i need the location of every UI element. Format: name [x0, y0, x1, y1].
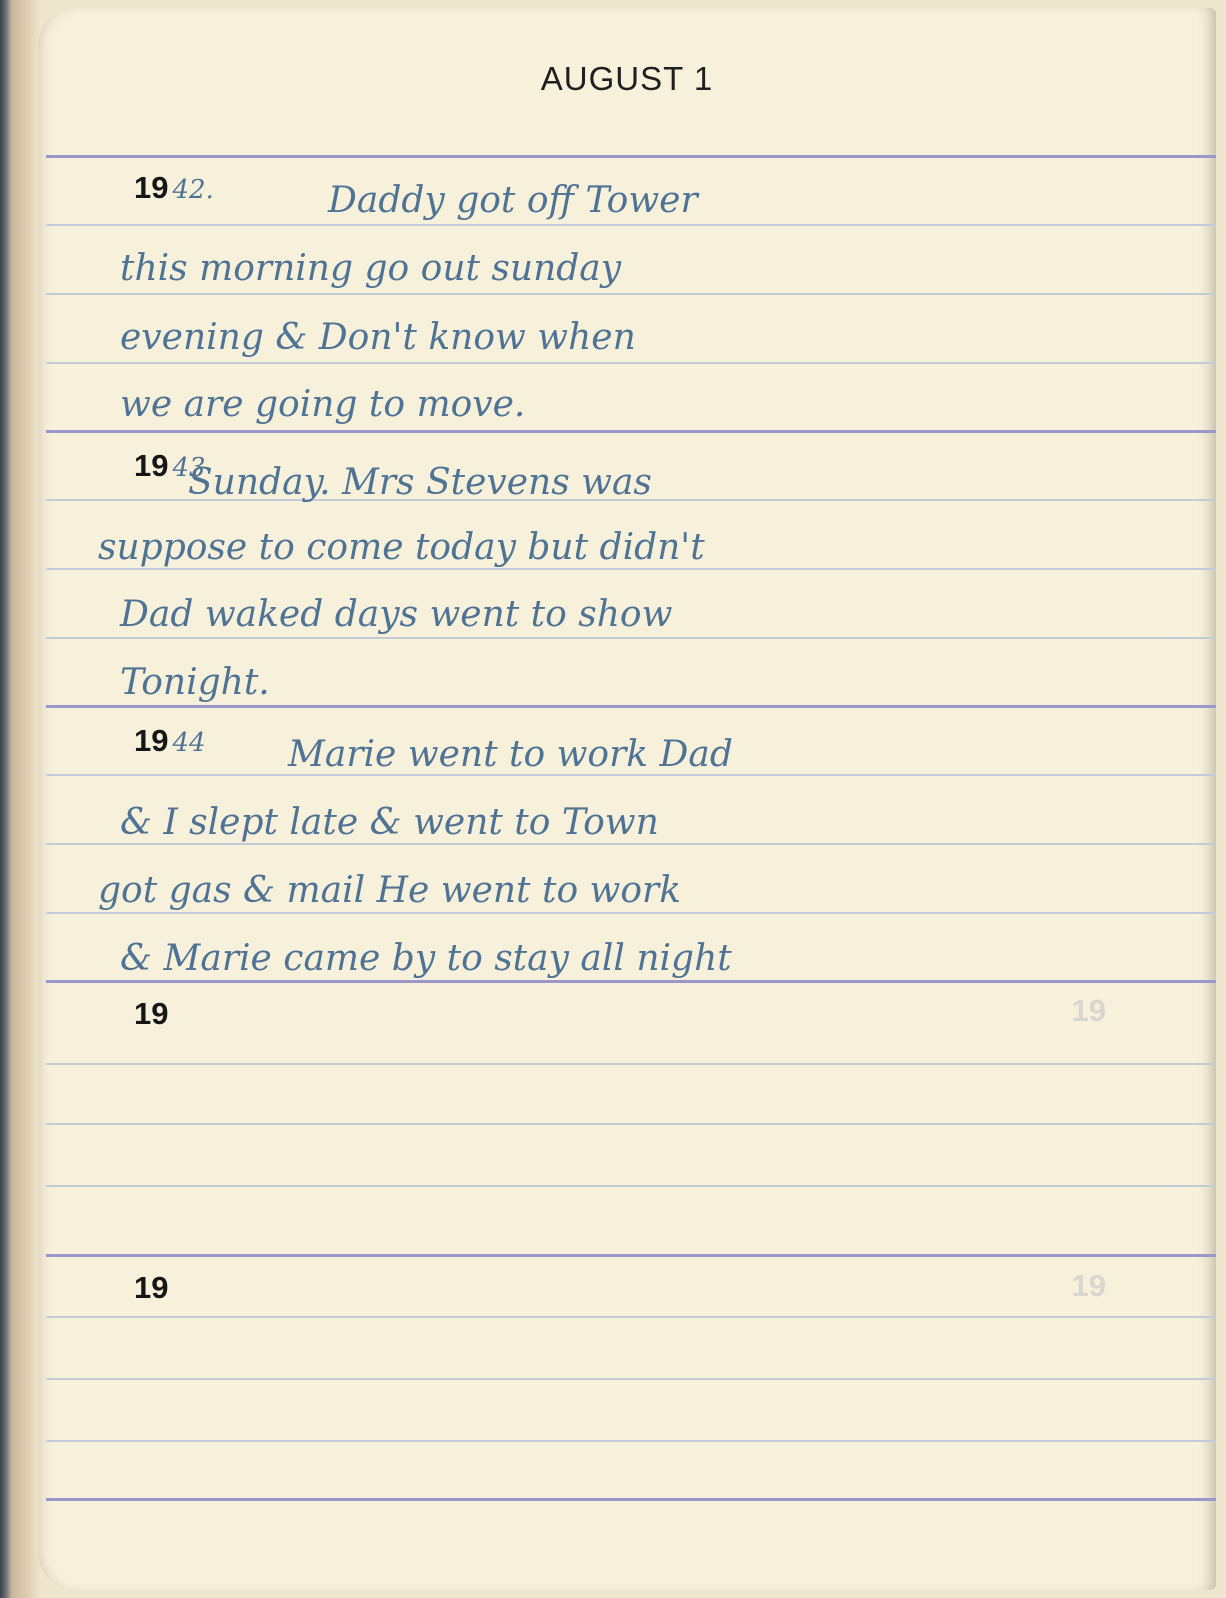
entry-line: Daddy got off Tower — [328, 166, 698, 235]
year-handwritten: 42. — [172, 175, 213, 205]
entry-year: 19 — [134, 1270, 168, 1306]
entry-year: 1944 — [134, 723, 206, 759]
section-divider — [46, 1254, 1216, 1257]
entry-line: evening & Don't know when — [120, 303, 636, 372]
entry-line: Sunday. Mrs Stevens was — [188, 448, 652, 517]
section-divider — [46, 155, 1216, 158]
entry-line: & Marie came by to stay all night — [120, 924, 732, 993]
entry-year: 1942. — [134, 170, 214, 206]
entry-line: got gas & mail He went to work — [98, 856, 681, 925]
entry-line: Tonight. — [120, 648, 270, 717]
bleed-through-year: 19 — [1072, 1268, 1106, 1304]
year-prefix: 19 — [134, 448, 168, 483]
entry-line: & I slept late & went to Town — [120, 788, 659, 857]
ruled-line — [46, 1063, 1216, 1065]
entry-line: this morning go out sunday — [120, 234, 621, 303]
ruled-line — [46, 1440, 1216, 1442]
year-prefix: 19 — [134, 170, 168, 205]
entry-line: suppose to come today but didn't — [98, 513, 705, 582]
ruled-line — [46, 1316, 1216, 1318]
bleed-through-year: 19 — [1072, 993, 1106, 1029]
ruled-line — [46, 1123, 1216, 1125]
year-prefix: 19 — [134, 723, 168, 758]
entry-line: we are going to move. — [120, 370, 525, 439]
year-prefix: 19 — [134, 1270, 168, 1305]
section-divider — [46, 1498, 1216, 1501]
ruled-line — [46, 1378, 1216, 1380]
ruled-line — [46, 1185, 1216, 1187]
entry-line: Dad waked days went to show — [120, 580, 672, 649]
entry-year: 19 — [134, 996, 168, 1032]
year-prefix: 19 — [134, 996, 168, 1031]
diary-page: AUGUST 1 1942. Daddy got off Tower this … — [38, 8, 1216, 1590]
entry-line: Marie went to work Dad — [288, 720, 733, 789]
page-header-date: AUGUST 1 — [38, 60, 1216, 98]
year-handwritten: 44 — [172, 728, 205, 758]
